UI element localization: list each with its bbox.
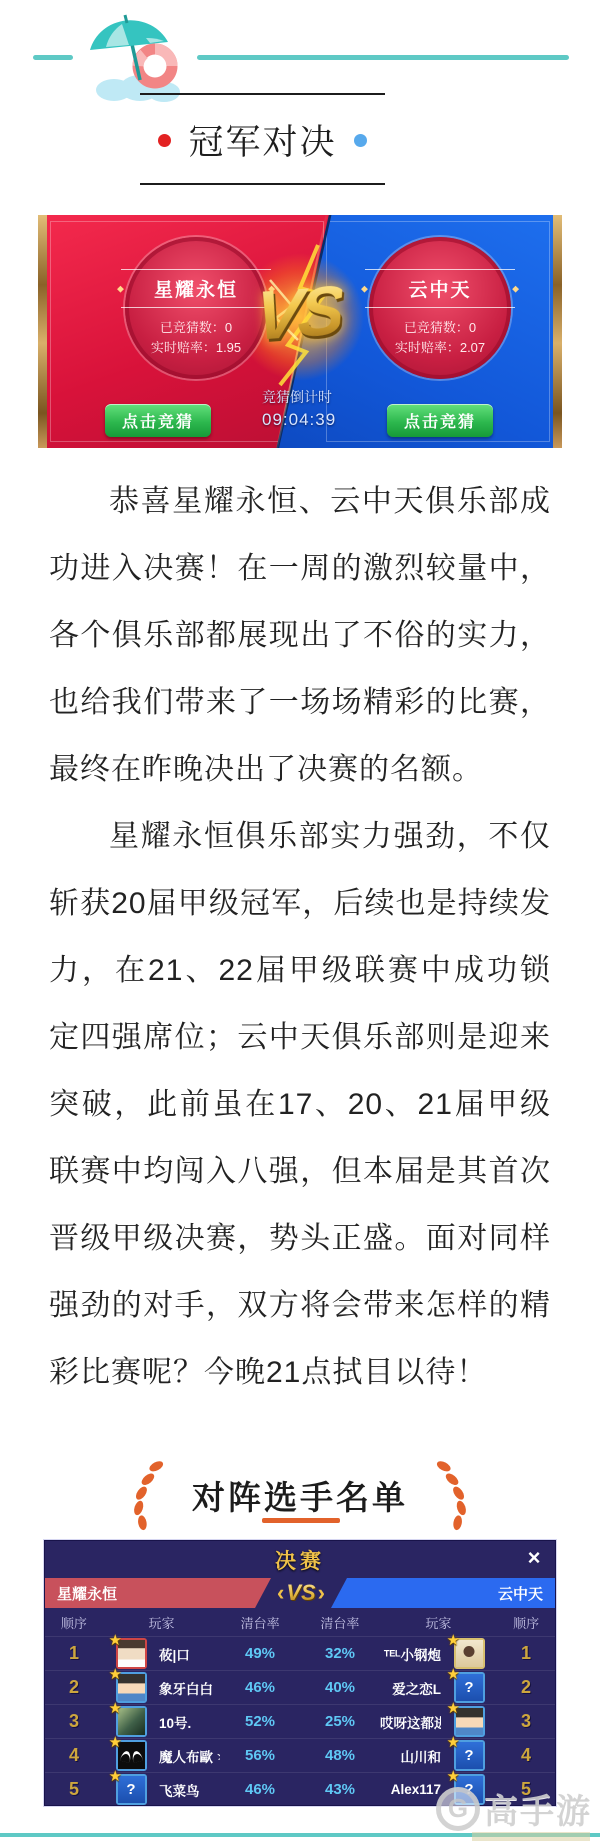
right-rank: 3 bbox=[497, 1711, 555, 1732]
left-player-name: 魔人布歐ゞ bbox=[159, 1746, 220, 1766]
right-bet-count: 已竞猜数：0 bbox=[395, 318, 485, 338]
title-block: 冠军对决 bbox=[140, 93, 385, 185]
finals-roster-table: 决赛 × 星耀永恒 ‹ VS › 云中天 顺序 玩家 清台率 清台率 玩家 顺序… bbox=[44, 1540, 556, 1806]
beach-umbrella-icon bbox=[84, 10, 186, 102]
watermark-text: 高手游 bbox=[484, 1784, 592, 1833]
header-rate: 清台率 bbox=[300, 1613, 380, 1632]
gold-frame-left bbox=[38, 215, 47, 448]
article-paragraph-1: 恭喜星耀永恒、云中天俱乐部成功进入决赛！在一周的激烈较量中，各个俱乐部都展现出了… bbox=[49, 468, 551, 803]
right-clear-rate: 48% bbox=[300, 1747, 380, 1764]
countdown: 竞猜倒计时 09:04:39 bbox=[262, 387, 336, 430]
left-bet-button[interactable]: 点击竞猜 bbox=[105, 404, 211, 437]
right-bet-button[interactable]: 点击竞猜 bbox=[387, 404, 493, 437]
page-title: 冠军对决 bbox=[188, 115, 336, 165]
blue-dot-icon bbox=[354, 134, 367, 147]
article-body: 恭喜星耀永恒、云中天俱乐部成功进入决赛！在一周的激烈较量中，各个俱乐部都展现出了… bbox=[49, 468, 551, 1406]
laurel-right-icon bbox=[432, 1458, 474, 1532]
star-badge-icon: ★ bbox=[447, 1767, 460, 1785]
red-dot-icon bbox=[158, 134, 171, 147]
star-badge-icon: ★ bbox=[109, 1767, 122, 1785]
match-title: 决赛 bbox=[275, 1545, 325, 1575]
right-rank: 2 bbox=[497, 1677, 555, 1698]
star-badge-icon: ★ bbox=[109, 1699, 122, 1717]
teal-dash-line bbox=[33, 55, 73, 60]
table-body: 1 ★ 莜|口 49% 32% ᵀᴱᴸ小钢炮 ★ 1 2 bbox=[45, 1636, 555, 1806]
left-rank: 3 bbox=[45, 1711, 103, 1732]
right-player-name: Alex117 bbox=[380, 1782, 441, 1797]
left-clear-rate: 46% bbox=[220, 1781, 300, 1798]
vs-betting-banner: ◆ 星耀永恒 ◆ 已竞猜数：0 实时赔率：1.95 ◆ 云中天 ◆ 已竞猜数：0… bbox=[38, 215, 562, 448]
left-clear-rate: 46% bbox=[220, 1679, 300, 1696]
gold-frame-right bbox=[553, 215, 562, 448]
right-team-badge: ◆ 云中天 ◆ 已竞猜数：0 实时赔率：2.07 bbox=[369, 237, 511, 379]
diamond-icon: ◆ bbox=[361, 283, 368, 294]
right-clear-rate: 43% bbox=[300, 1781, 380, 1798]
right-clear-rate: 25% bbox=[300, 1713, 380, 1730]
star-badge-icon: ★ bbox=[447, 1631, 460, 1649]
countdown-time: 09:04:39 bbox=[262, 410, 336, 430]
diamond-icon: ◆ bbox=[512, 283, 519, 294]
star-badge-icon: ★ bbox=[447, 1699, 460, 1717]
laurel-left-icon bbox=[126, 1458, 168, 1532]
right-team-name: 云中天 bbox=[408, 280, 471, 301]
left-rank: 4 bbox=[45, 1745, 103, 1766]
left-rank: 2 bbox=[45, 1677, 103, 1698]
left-team-bar: 星耀永恒 bbox=[45, 1578, 271, 1608]
title-bottom-rule bbox=[140, 183, 385, 185]
left-player-avatar: ? ★ bbox=[116, 1774, 147, 1805]
right-player-name: 爱之恋L bbox=[380, 1678, 441, 1698]
right-clear-rate: 32% bbox=[300, 1645, 380, 1662]
watermark-g-icon: G bbox=[436, 1787, 480, 1831]
star-badge-icon: ★ bbox=[447, 1665, 460, 1683]
diamond-icon: ◆ bbox=[117, 283, 124, 294]
star-badge-icon: ★ bbox=[447, 1733, 460, 1751]
article-page: 冠军对决 ◆ 星耀永恒 ◆ 已竞猜数：0 实时赔率：1.95 ◆ 云中天 bbox=[0, 0, 600, 1848]
left-rank: 5 bbox=[45, 1779, 103, 1800]
header-rate: 清台率 bbox=[220, 1613, 300, 1632]
right-rank: 1 bbox=[497, 1643, 555, 1664]
left-player-name: 莜|口 bbox=[159, 1644, 220, 1664]
right-rank: 4 bbox=[497, 1745, 555, 1766]
left-clear-rate: 52% bbox=[220, 1713, 300, 1730]
right-team-bar: 云中天 bbox=[331, 1578, 555, 1608]
left-team-badge: ◆ 星耀永恒 ◆ 已竞猜数：0 实时赔率：1.95 bbox=[125, 237, 267, 379]
left-clear-rate: 49% bbox=[220, 1645, 300, 1662]
left-clear-rate: 56% bbox=[220, 1747, 300, 1764]
right-player-name: 山川和 bbox=[380, 1746, 441, 1766]
countdown-label: 竞猜倒计时 bbox=[262, 387, 336, 407]
right-odds: 实时赔率：2.07 bbox=[395, 338, 485, 358]
roster-heading: 对阵选手名单 bbox=[192, 1472, 408, 1519]
right-clear-rate: 40% bbox=[300, 1679, 380, 1696]
left-player-name: 象牙白白 bbox=[159, 1678, 220, 1698]
left-team-name: 星耀永恒 bbox=[154, 280, 238, 301]
table-vs-emblem: VS bbox=[286, 1580, 315, 1606]
header-order: 顺序 bbox=[497, 1613, 555, 1632]
vs-emblem: VS bbox=[252, 270, 344, 356]
right-player-name: 哎呀这都进了 bbox=[380, 1712, 441, 1732]
watermark-tagline bbox=[472, 1832, 590, 1841]
teal-divider-line bbox=[197, 55, 569, 60]
left-bet-count: 已竞猜数：0 bbox=[151, 318, 241, 338]
star-badge-icon: ★ bbox=[109, 1631, 122, 1649]
watermark-logo: G 高手游 bbox=[436, 1784, 592, 1833]
left-player-name: 10号. bbox=[159, 1712, 220, 1732]
star-badge-icon: ★ bbox=[109, 1665, 122, 1683]
roster-heading-underline bbox=[262, 1518, 340, 1523]
left-player-name: 飞菜鸟 bbox=[159, 1780, 220, 1800]
left-rank: 1 bbox=[45, 1643, 103, 1664]
article-paragraph-2: 星耀永恒俱乐部实力强劲，不仅斩获20届甲级冠军，后续也是持续发力，在21、22届… bbox=[49, 803, 551, 1406]
chevron-left-icon: ‹ bbox=[277, 1582, 284, 1604]
right-player-name: ᵀᴱᴸ小钢炮 bbox=[380, 1644, 441, 1664]
star-badge-icon: ★ bbox=[109, 1733, 122, 1751]
left-odds: 实时赔率：1.95 bbox=[151, 338, 241, 358]
header-order: 顺序 bbox=[45, 1613, 103, 1632]
header-player: 玩家 bbox=[103, 1613, 221, 1632]
title-top-rule bbox=[140, 93, 385, 95]
close-icon[interactable]: × bbox=[521, 1545, 547, 1571]
header-player: 玩家 bbox=[380, 1613, 498, 1632]
chevron-right-icon: › bbox=[318, 1582, 325, 1604]
